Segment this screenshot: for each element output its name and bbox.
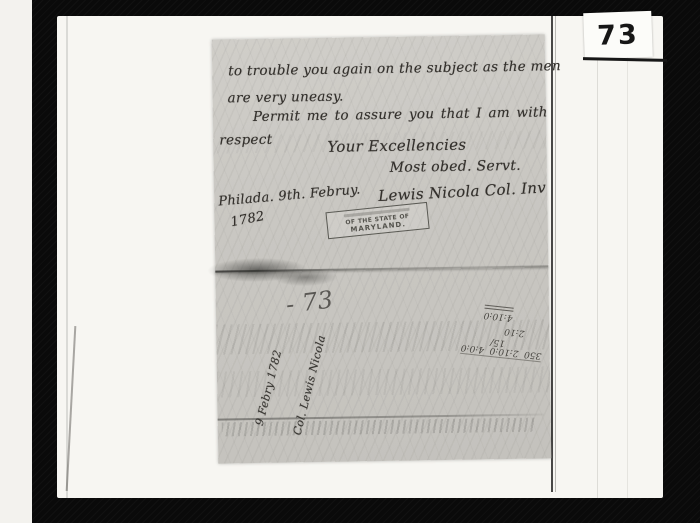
inverted-sum-total: 4:10:0 — [483, 305, 513, 323]
paper-fold-line — [627, 16, 628, 498]
microfilm-scan-frame: to trouble you again on the subject as t… — [0, 0, 700, 523]
page-edge-shadow — [551, 16, 553, 492]
letter-page: to trouble you again on the subject as t… — [212, 34, 552, 463]
page-number-card: 73 — [583, 11, 653, 59]
page-edge-shadow — [555, 16, 556, 492]
paper-fold-line — [597, 16, 598, 498]
maryland-archive-stamp: OF THE STATE OF MARYLAND. — [325, 202, 429, 239]
signature: Lewis Nicola Col. Inv — [378, 178, 547, 204]
film-edge-strip — [0, 0, 32, 523]
inverted-sum-row: 2:10 — [504, 326, 525, 338]
letter-body-line: to trouble you again on the subject as t… — [228, 58, 561, 79]
pencil-page-number: - 73 — [284, 285, 335, 319]
letter-place-date: Philada. 9th. Februy. — [218, 182, 361, 209]
docket-date: 9 Febry 1782 — [253, 324, 291, 427]
letter-closing-line: Most obed. Servt. — [390, 158, 521, 176]
docket-name: Col. Lewis Nicola — [291, 334, 329, 437]
paper-fold-line — [66, 16, 68, 498]
letter-closing-line: Your Excellencies — [327, 136, 466, 156]
page-number-label: 73 — [597, 19, 640, 51]
letter-body-line: respect — [219, 132, 272, 149]
letter-body-line: are very uneasy. — [227, 89, 343, 107]
letter-body-line: Permit me to assure you that I am with — [253, 104, 548, 125]
letter-year: 1782 — [229, 209, 266, 230]
